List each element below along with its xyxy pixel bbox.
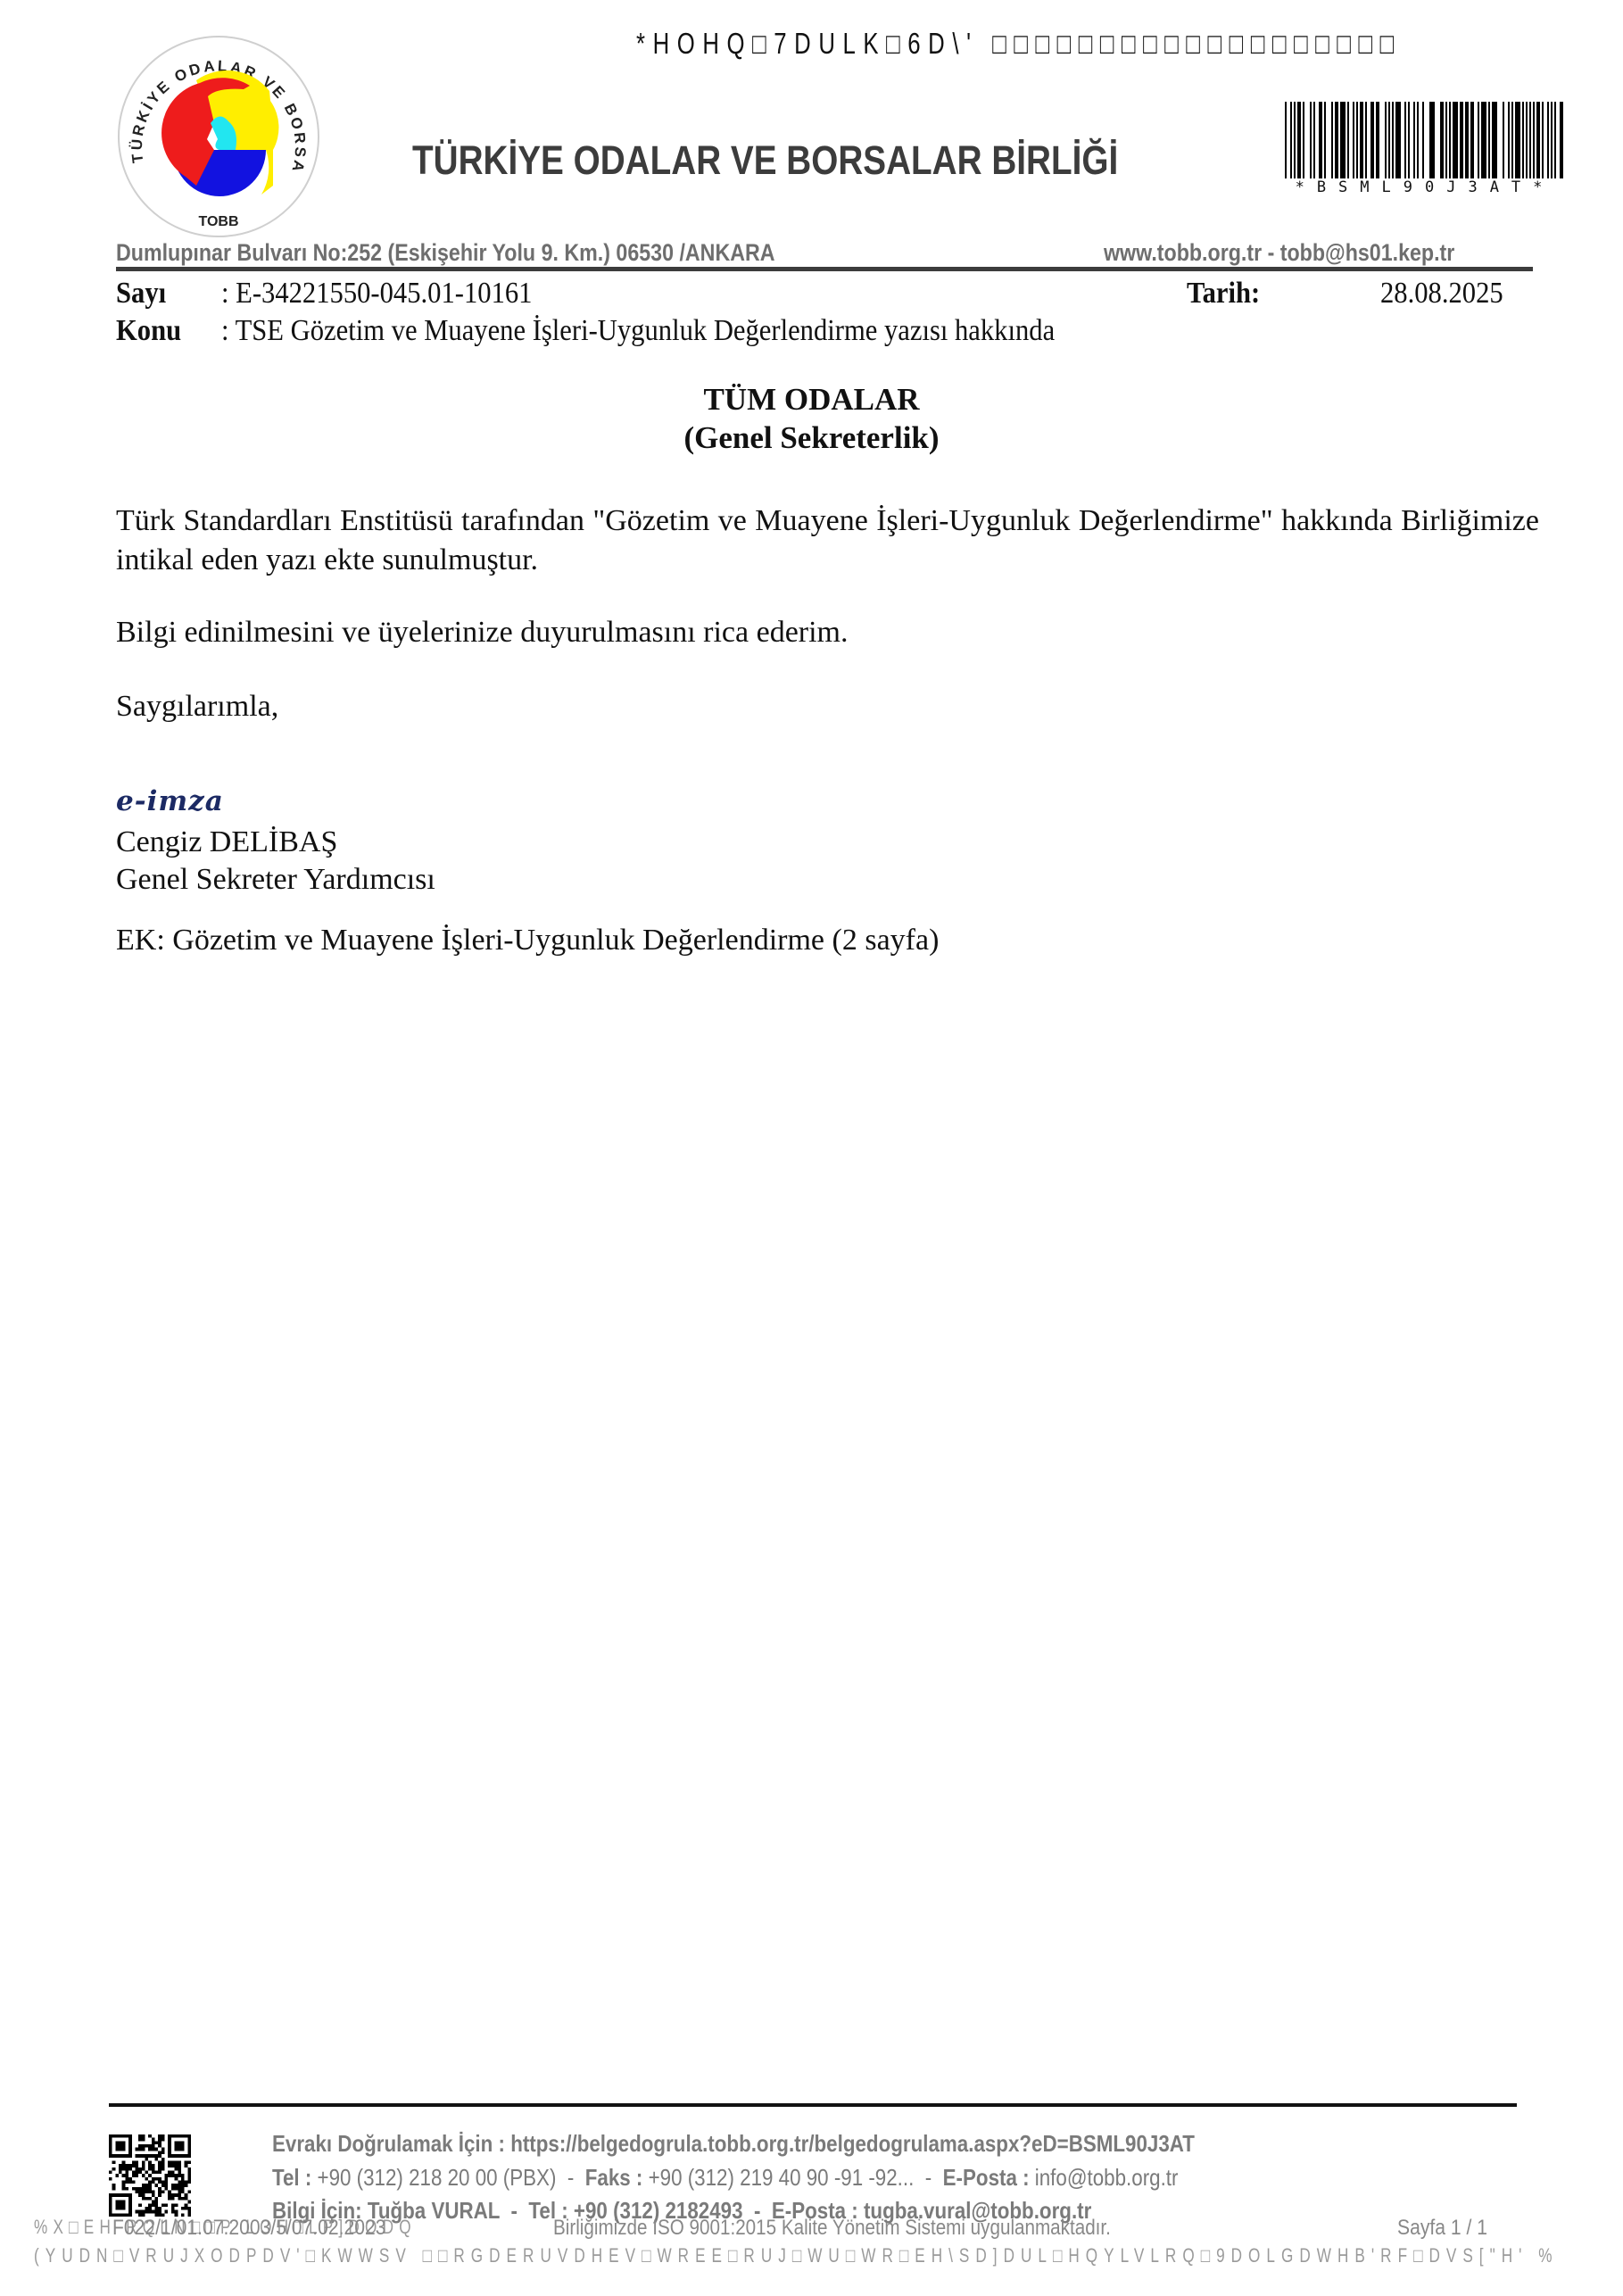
recipient-title: TÜM ODALAR	[0, 382, 1623, 418]
header-divider	[116, 267, 1533, 271]
tel-value: +90 (312) 218 20 00 (PBX)	[318, 2164, 557, 2191]
faks-value: +90 (312) 219 40 90 -91 -92...	[649, 2164, 915, 2191]
tarih-label: Tarih:	[1187, 277, 1260, 311]
sayi-label: Sayı	[116, 277, 166, 311]
recipient-subtitle: (Genel Sekreterlik)	[0, 420, 1623, 456]
tobb-logo-icon: TÜRKİYE ODALAR VE BORSALAR BİRLİĞİ TOBB	[114, 34, 323, 239]
signer-title: Genel Sekreter Yardımcısı	[116, 863, 435, 897]
attachment-note: EK: Gözetim ve Muayene İşleri-Uygunluk D…	[116, 924, 939, 957]
barcode-text: *BSML90J3AT*	[1281, 178, 1569, 196]
footer-divider	[109, 2103, 1517, 2107]
iso-note: Birliğimizde ISO 9001:2015 Kalite Yöneti…	[553, 2216, 1111, 2241]
closing: Saygılarımla,	[116, 690, 278, 724]
page-number: Sayfa 1 / 1	[1397, 2216, 1487, 2241]
body-paragraph-1: Türk Standardları Enstitüsü tarafından "…	[116, 501, 1539, 580]
signer-name: Cengiz DELİBAŞ	[116, 825, 337, 859]
konu-value: : TSE Gözetim ve Muayene İşleri-Uygunluk…	[221, 314, 1055, 348]
garbled-footer-line-2: (YUDN□VRUJXODPDV'□KWWSV □□RGDERUVDHEV□WR…	[34, 2244, 1558, 2267]
address: Dumlupınar Bulvarı No:252 (Eskişehir Yol…	[116, 239, 775, 267]
body-paragraph-2: Bilgi edinilmesini ve üyelerinize duyuru…	[116, 616, 849, 650]
organization-name: TÜRKİYE ODALAR VE BORSALAR BİRLİĞİ	[412, 137, 1118, 184]
konu-label: Konu	[116, 314, 181, 348]
phone-line: Tel : +90 (312) 218 20 00 (PBX) - Faks :…	[272, 2164, 1178, 2192]
eposta-value[interactable]: info@tobb.org.tr	[1035, 2164, 1179, 2191]
tarih-value: 28.08.2025	[1380, 277, 1503, 311]
e-signature-mark: e-imza	[116, 785, 224, 817]
faks-label: Faks :	[585, 2164, 643, 2191]
tel-label: Tel :	[272, 2164, 311, 2191]
garbled-header-text: *HOHQ□7DULK□6D\' □□□□□□□□□□□□□□□□□□□	[636, 27, 1402, 61]
barcode-icon	[1285, 102, 1563, 178]
contact-links[interactable]: www.tobb.org.tr - tobb@hs01.kep.tr	[1104, 239, 1454, 267]
qr-code-icon	[109, 2134, 191, 2217]
verify-label: Evrakı Doğrulamak İçin :	[272, 2130, 505, 2157]
verify-url[interactable]: https://belgedogrula.tobb.org.tr/belgedo…	[510, 2130, 1195, 2157]
sayi-value: : E-34221550-045.01-10161	[221, 277, 532, 311]
verify-line: Evrakı Doğrulamak İçin : https://belgedo…	[272, 2130, 1195, 2158]
eposta-label: E-Posta :	[943, 2164, 1030, 2191]
svg-text:TOBB: TOBB	[198, 214, 238, 229]
form-code: F022/1/01.07.2003/5/07.02.2023	[112, 2216, 386, 2241]
